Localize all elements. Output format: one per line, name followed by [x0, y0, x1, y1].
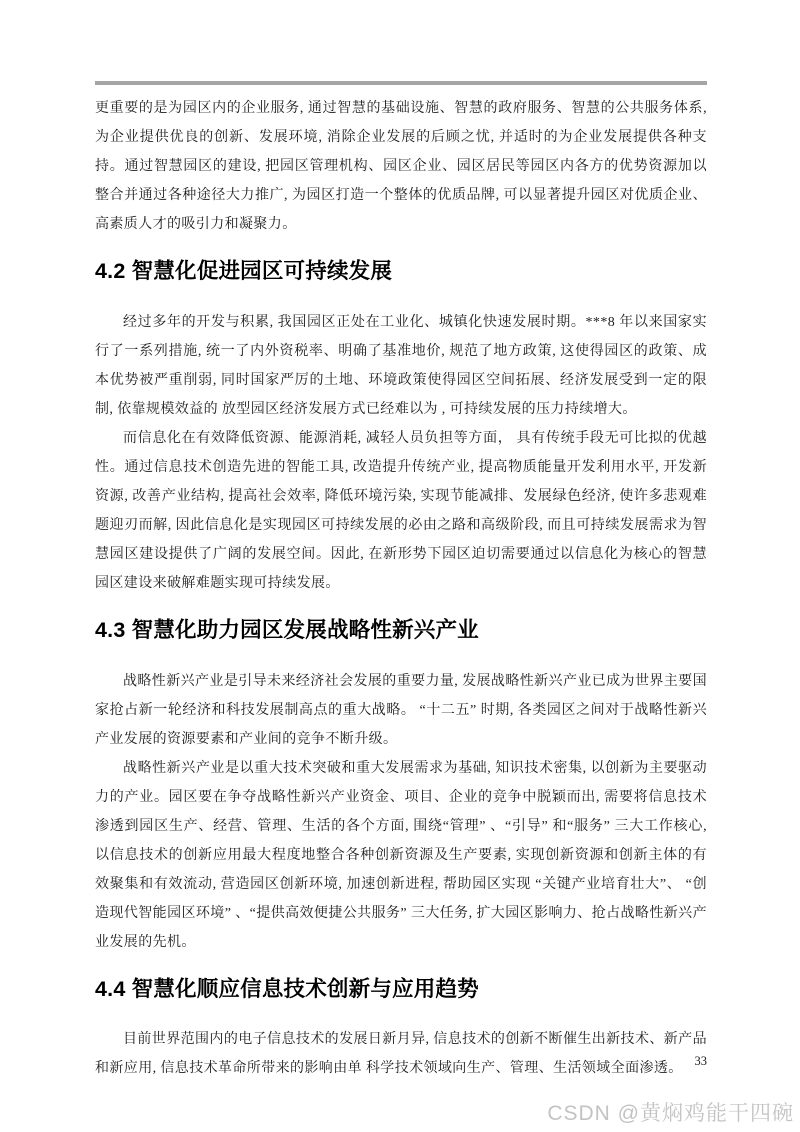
page-content: 更重要的是为园区内的企业服务, 通过智慧的基础设施、智慧的政府服务、智慧的公共服… — [95, 81, 707, 1083]
csdn-watermark: CSDN @黄焖鸡能干四碗 — [547, 1097, 794, 1127]
section-4-2-paragraph-2: 而信息化在有效降低资源、能源消耗, 减轻人员负担等方面， 具有传统手段无可比拟的… — [95, 424, 707, 598]
section-4-3-paragraph-2: 战略性新兴产业是以重大技术突破和重大发展需求为基础, 知识技术密集, 以创新为主… — [95, 754, 707, 957]
section-4-2-paragraph-1: 经过多年的开发与积累, 我国园区正处在工业化、城镇化快速发展时期。***8 年以… — [95, 308, 707, 424]
section-heading-4-3: 4.3 智慧化助力园区发展战略性新兴产业 — [95, 618, 707, 644]
section-heading-4-4: 4.4 智慧化顺应信息技术创新与应用趋势 — [95, 977, 707, 1003]
section-4-3-paragraph-1: 战略性新兴产业是引导未来经济社会发展的重要力量, 发展战略性新兴产业已成为世界主… — [95, 667, 707, 754]
section-heading-4-2: 4.2 智慧化促进园区可持续发展 — [95, 259, 707, 285]
page-number: 33 — [95, 1054, 707, 1069]
document-page: 更重要的是为园区内的企业服务, 通过智慧的基础设施、智慧的政府服务、智慧的公共服… — [0, 0, 800, 1132]
intro-paragraph: 更重要的是为园区内的企业服务, 通过智慧的基础设施、智慧的政府服务、智慧的公共服… — [95, 94, 707, 239]
top-divider-rule — [95, 81, 707, 85]
